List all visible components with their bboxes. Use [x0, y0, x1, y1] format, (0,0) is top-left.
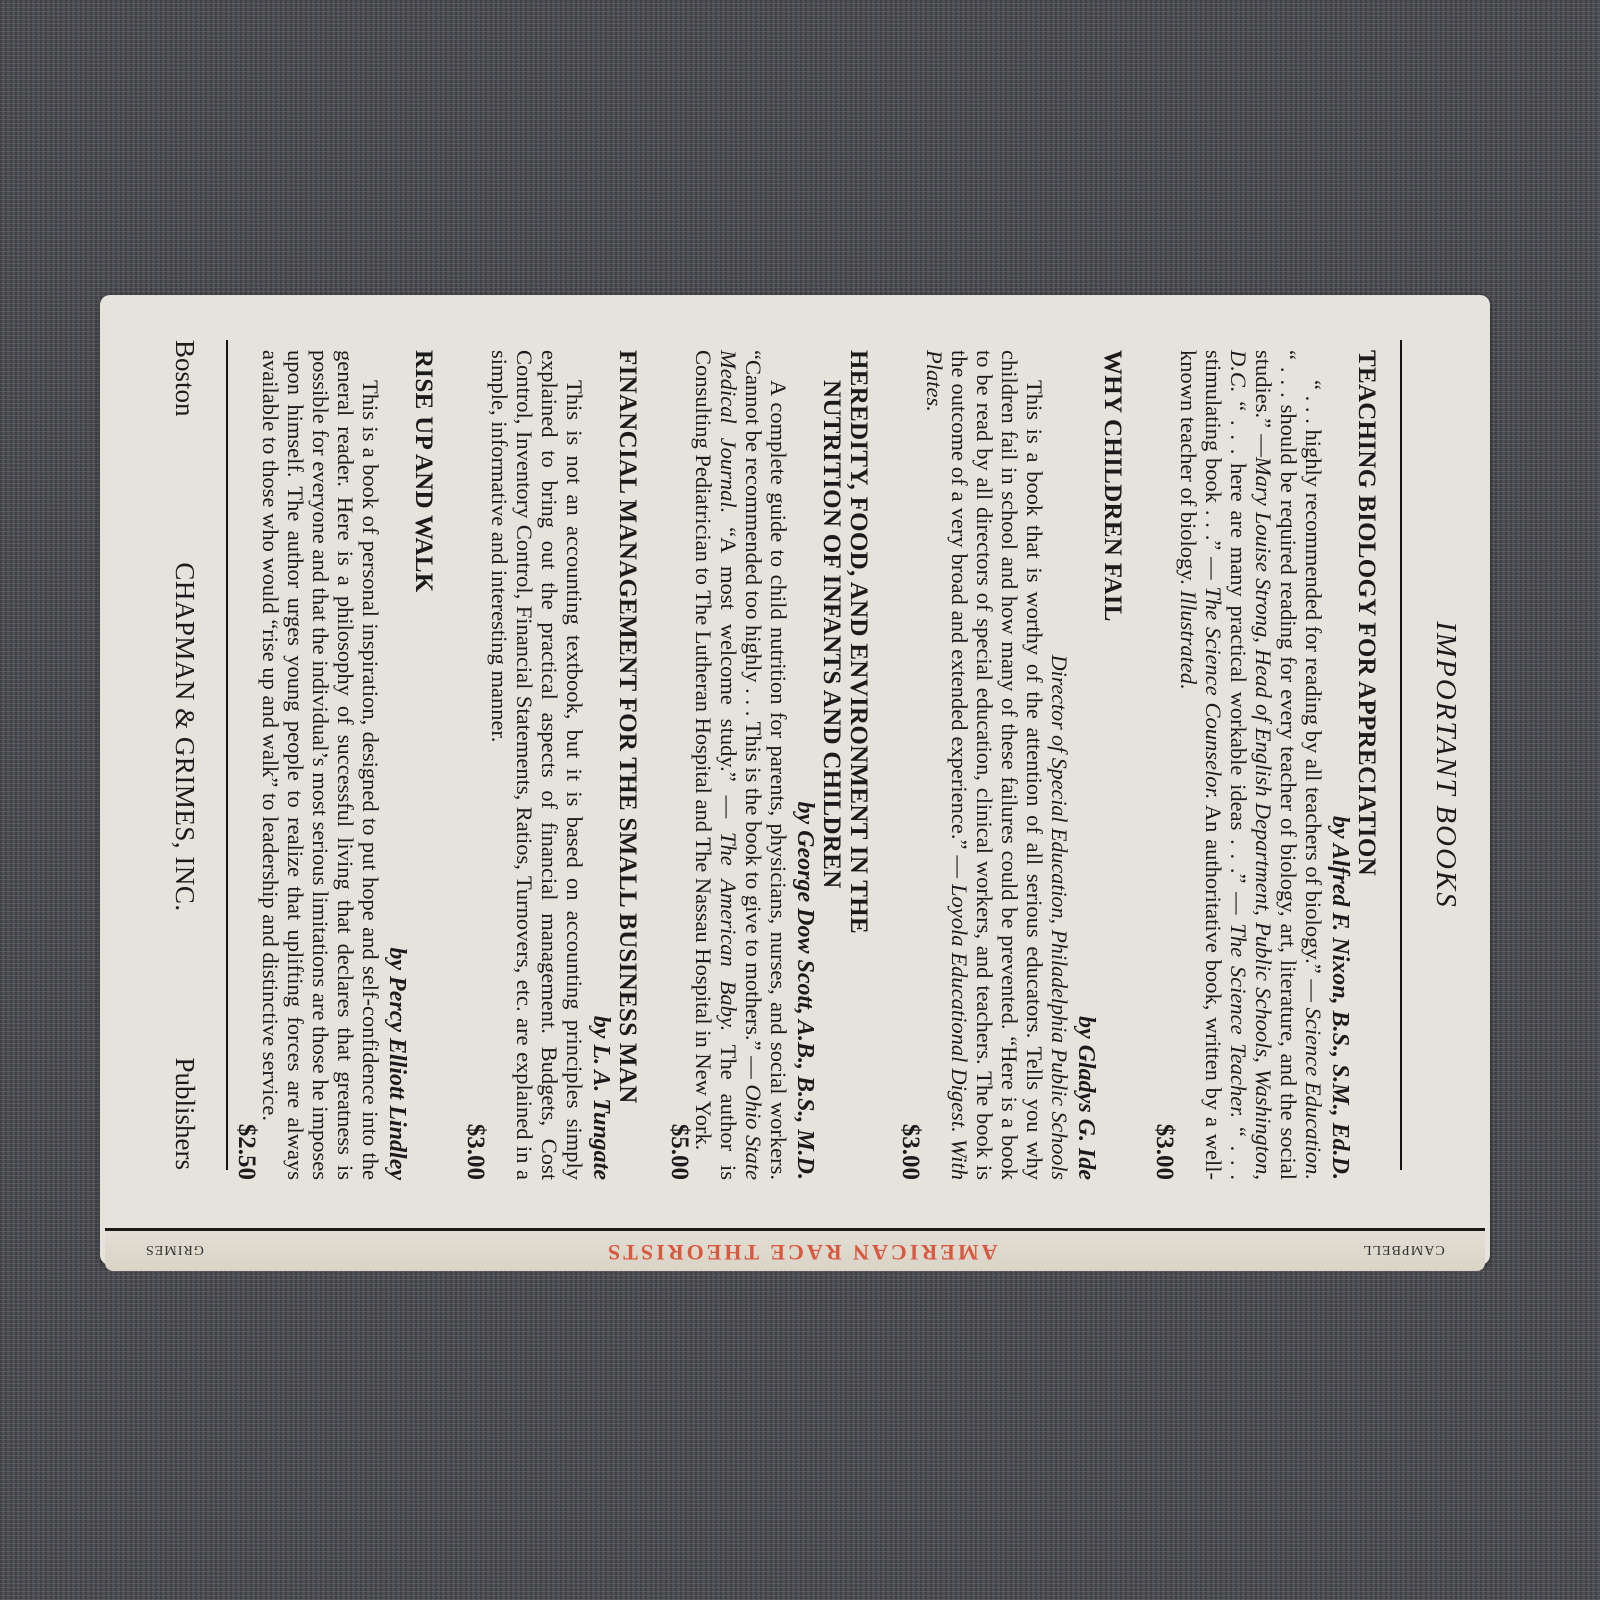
book-list: TEACHING BIOLOGY FOR APPRECIATION by Alf…: [208, 350, 1380, 1180]
book-author: by Gladys G. Ide: [1072, 350, 1099, 1180]
book-entry: RISE UP AND WALK by Percy Elliott Lindle…: [234, 350, 437, 1180]
book-author: by Alfred F. Nixon, B.S., S.M., Ed.D.: [1326, 350, 1353, 1180]
book-title: TEACHING BIOLOGY FOR APPRECIATION: [1353, 350, 1380, 1180]
book-entry: HEREDITY, FOOD, AND ENVIRONMENT in the N…: [667, 350, 872, 1180]
author-affiliation: Director of Special Education, Philadelp…: [1047, 350, 1072, 1180]
spine-title: AMERICAN RACE THEORISTS: [605, 1239, 998, 1265]
book-title: HEREDITY, FOOD, AND ENVIRONMENT in the: [845, 350, 872, 1180]
book-price: $2.50: [234, 350, 258, 1180]
publisher-role: Publishers: [169, 1057, 200, 1170]
book-title: FINANCIAL MANAGEMENT FOR THE SMALL BUSIN…: [614, 350, 641, 1180]
book-price: $5.00: [667, 350, 691, 1180]
book-price: $3.00: [1152, 350, 1176, 1180]
book-description: “ . . . highly recommended for reading b…: [1176, 350, 1326, 1180]
book-description: This is a book that is worthy of the att…: [922, 350, 1047, 1180]
book-author: by L. A. Tungate: [587, 350, 614, 1180]
jacket-panel: IMPORTANT BOOKS TEACHING BIOLOGY FOR APP…: [120, 300, 1490, 1230]
book-description: This is not an accounting textbook, but …: [487, 350, 587, 1180]
book-price: $3.00: [463, 350, 487, 1180]
publisher-name: CHAPMAN & GRIMES, INC.: [169, 562, 200, 911]
spine-publisher: GRIMES: [145, 1241, 204, 1257]
spine-author: CAMPBELL: [1362, 1241, 1445, 1257]
book-title-line2: NUTRITION OF INFANTS AND CHILDREN: [818, 350, 845, 1180]
publisher-footer: Boston CHAPMAN & GRIMES, INC. Publishers: [169, 340, 200, 1170]
book-spine: CAMPBELL AMERICAN RACE THEORISTS GRIMES: [105, 1228, 1485, 1271]
book-entry: TEACHING BIOLOGY FOR APPRECIATION by Alf…: [1152, 350, 1380, 1180]
book-entry: WHY CHILDREN FAIL by Gladys G. Ide Direc…: [898, 350, 1126, 1180]
book-title: RISE UP AND WALK: [410, 350, 437, 1180]
publisher-city: Boston: [169, 340, 200, 417]
book-description: A complete guide to child nutrition for …: [691, 350, 791, 1180]
book-description: This is a book of personal inspiration, …: [258, 350, 383, 1180]
book-title: WHY CHILDREN FAIL: [1099, 350, 1126, 1180]
divider-bottom: [226, 340, 228, 1170]
book-price: $3.00: [898, 350, 922, 1180]
book-author: by George Dow Scott, A.B., B.S., M.D.: [791, 350, 818, 1180]
page-title: IMPORTANT BOOKS: [1429, 300, 1462, 1230]
divider-top: [1400, 340, 1402, 1170]
book-author: by Percy Elliott Lindley: [383, 350, 410, 1180]
book-entry: FINANCIAL MANAGEMENT FOR THE SMALL BUSIN…: [463, 350, 641, 1180]
